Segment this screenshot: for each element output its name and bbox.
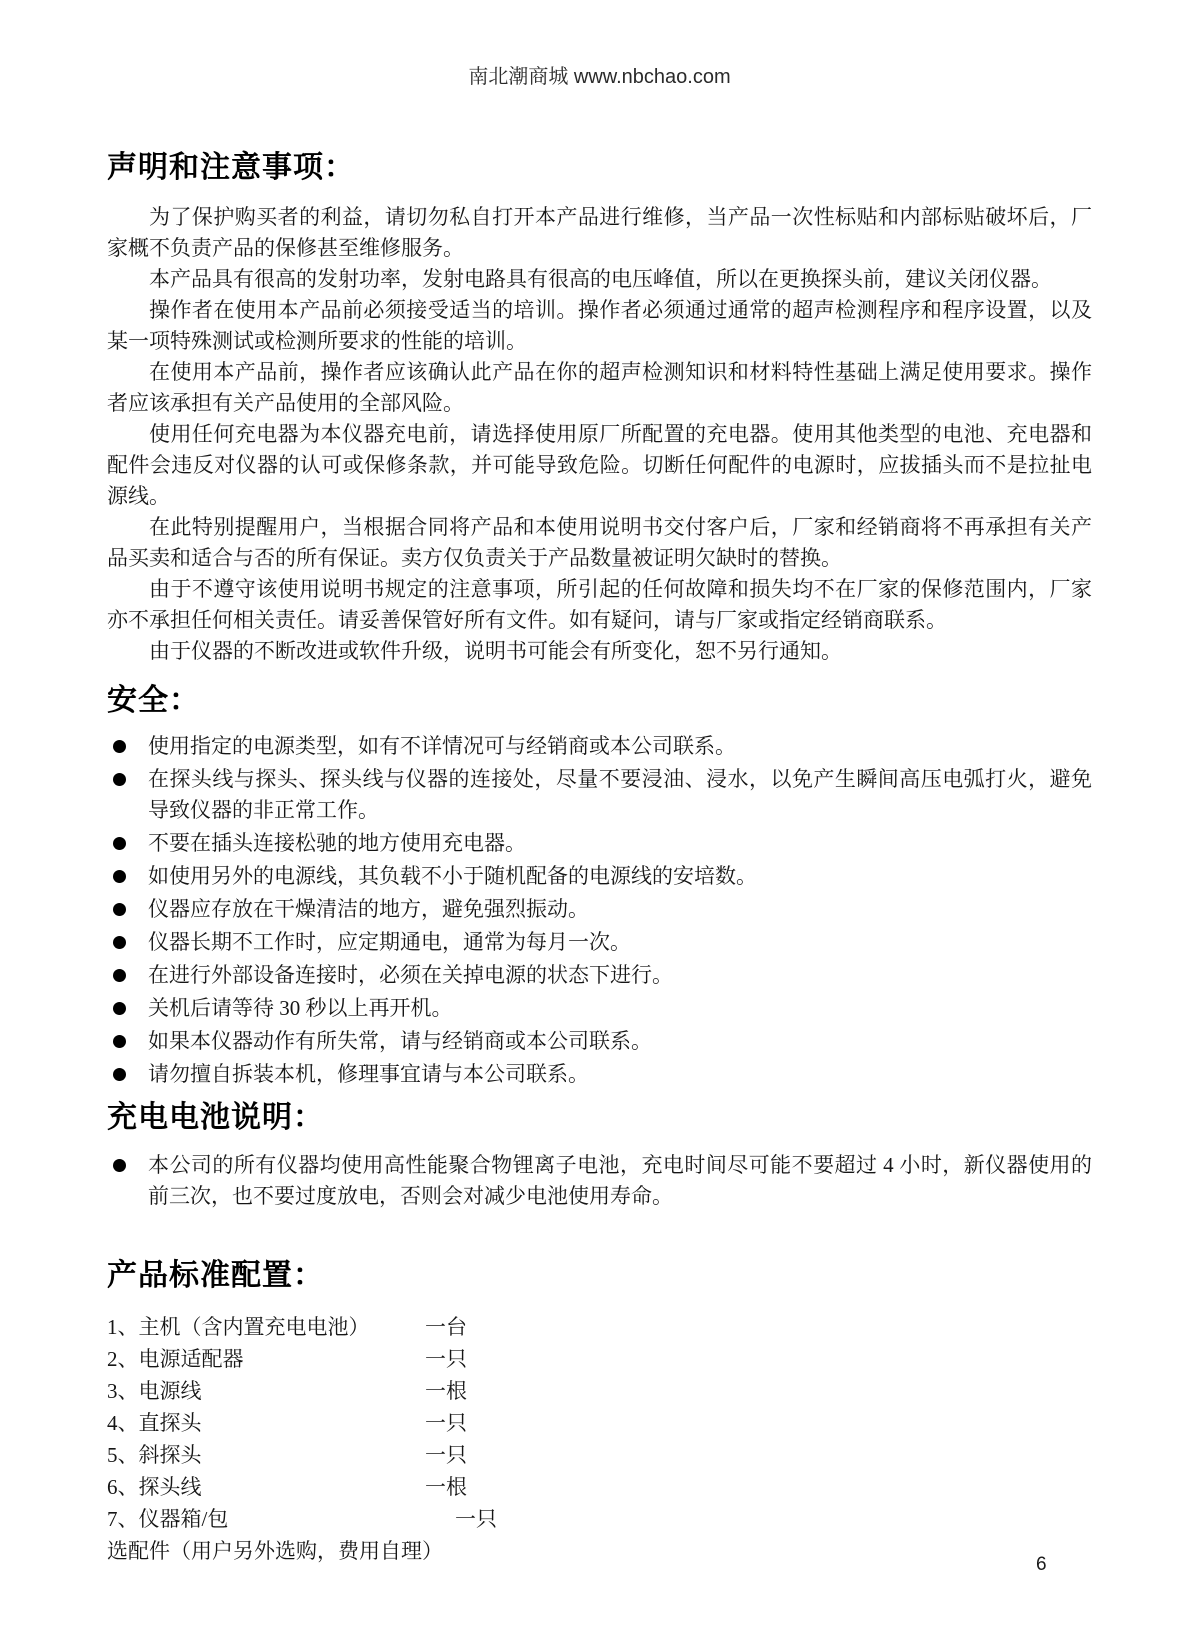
config-title: 产品标准配置：: [107, 1256, 1092, 1296]
bullet-icon: [113, 1068, 126, 1081]
config-item-name: 7、仪器箱/包: [107, 1507, 228, 1531]
safety-item: 在探头线与探头、探头线与仪器的连接处，尽量不要浸油、浸水，以免产生瞬间高压电弧打…: [107, 764, 1092, 826]
bullet-icon: [113, 870, 126, 883]
battery-item-text: 本公司的所有仪器均使用高性能聚合物锂离子电池，充电时间尽可能不要超过 4 小时，…: [148, 1153, 1092, 1208]
config-item-name: 6、探头线: [107, 1475, 202, 1499]
notice-paragraph: 使用任何充电器为本仪器充电前，请选择使用原厂所配置的充电器。使用其他类型的电池、…: [107, 419, 1092, 512]
safety-item-text: 在探头线与探头、探头线与仪器的连接处，尽量不要浸油、浸水，以免产生瞬间高压电弧打…: [148, 767, 1092, 822]
safety-item: 仪器应存放在干燥清洁的地方，避免强烈振动。: [107, 894, 1092, 925]
safety-item-text: 仪器应存放在干燥清洁的地方，避免强烈振动。: [148, 897, 589, 921]
safety-item-text: 如使用另外的电源线，其负载不小于随机配备的电源线的安培数。: [148, 864, 757, 888]
config-item-name: 4、直探头: [107, 1411, 202, 1435]
safety-item-text: 不要在插头连接松驰的地方使用充电器。: [148, 831, 526, 855]
page-number: 6: [1036, 1554, 1047, 1576]
safety-item-text: 在进行外部设备连接时，必须在关掉电源的状态下进行。: [148, 963, 673, 987]
bullet-icon: [113, 837, 126, 850]
safety-item: 请勿擅自拆装本机，修理事宜请与本公司联系。: [107, 1059, 1092, 1090]
config-item-row: 6、探头线 一根: [107, 1472, 1092, 1503]
notice-title: 声明和注意事项：: [107, 148, 1092, 188]
bullet-icon: [113, 1035, 126, 1048]
bullet-icon: [113, 903, 126, 916]
config-item-row: 3、电源线 一根: [107, 1376, 1092, 1407]
safety-item-text: 请勿擅自拆装本机，修理事宜请与本公司联系。: [148, 1062, 589, 1086]
safety-item: 仪器长期不工作时，应定期通电，通常为每月一次。: [107, 927, 1092, 958]
notice-paragraph: 为了保护购买者的利益，请切勿私自打开本产品进行维修，当产品一次性标贴和内部标贴破…: [107, 202, 1092, 264]
notice-paragraph: 操作者在使用本产品前必须接受适当的培训。操作者必须通过通常的超声检测程序和程序设…: [107, 295, 1092, 357]
battery-item: 本公司的所有仪器均使用高性能聚合物锂离子电池，充电时间尽可能不要超过 4 小时，…: [107, 1150, 1092, 1212]
config-item-name: 3、电源线: [107, 1379, 202, 1403]
config-item-row: 5、斜探头 一只: [107, 1440, 1092, 1471]
config-footnote: 选配件（用户另外选购，费用自理）: [107, 1536, 1092, 1567]
notice-paragraph: 在使用本产品前，操作者应该确认此产品在你的超声检测知识和材料特性基础上满足使用要…: [107, 357, 1092, 419]
config-item-row: 7、仪器箱/包 一只: [107, 1504, 1092, 1535]
config-item-name: 2、电源适配器: [107, 1347, 244, 1371]
config-item-qty: 一根: [425, 1376, 467, 1407]
notice-paragraph: 在此特别提醒用户，当根据合同将产品和本使用说明书交付客户后，厂家和经销商将不再承…: [107, 512, 1092, 574]
notice-paragraph: 本产品具有很高的发射功率，发射电路具有很高的电压峰值，所以在更换探头前，建议关闭…: [107, 264, 1092, 295]
battery-list: 本公司的所有仪器均使用高性能聚合物锂离子电池，充电时间尽可能不要超过 4 小时，…: [107, 1150, 1092, 1212]
config-item-row: 4、直探头 一只: [107, 1408, 1092, 1439]
config-item-qty: 一只: [425, 1344, 467, 1375]
safety-item: 关机后请等待 30 秒以上再开机。: [107, 993, 1092, 1024]
bullet-icon: [113, 740, 126, 753]
config-item-name: 1、主机（含内置充电电池）: [107, 1315, 370, 1339]
safety-item-text: 仪器长期不工作时，应定期通电，通常为每月一次。: [148, 930, 631, 954]
safety-list: 使用指定的电源类型，如有不详情况可与经销商或本公司联系。 在探头线与探头、探头线…: [107, 731, 1092, 1090]
safety-title: 安全：: [107, 681, 1092, 721]
config-item-row: 2、电源适配器 一只: [107, 1344, 1092, 1375]
battery-title: 充电电池说明：: [107, 1098, 1092, 1138]
config-item-qty: 一只: [425, 1408, 467, 1439]
safety-item-text: 如果本仪器动作有所失常，请与经销商或本公司联系。: [148, 1029, 652, 1053]
config-item-row: 1、主机（含内置充电电池） 一台: [107, 1312, 1092, 1343]
config-item-qty: 一只: [425, 1440, 467, 1471]
config-item-qty: 一台: [425, 1312, 467, 1343]
bullet-icon: [113, 969, 126, 982]
safety-item: 使用指定的电源类型，如有不详情况可与经销商或本公司联系。: [107, 731, 1092, 762]
bullet-icon: [113, 773, 126, 786]
safety-item: 如使用另外的电源线，其负载不小于随机配备的电源线的安培数。: [107, 861, 1092, 892]
bullet-icon: [113, 936, 126, 949]
config-item-qty: 一只: [455, 1504, 497, 1535]
document-page: 南北潮商城 www.nbchao.com 声明和注意事项： 为了保护购买者的利益…: [0, 0, 1200, 1628]
notice-paragraphs: 为了保护购买者的利益，请切勿私自打开本产品进行维修，当产品一次性标贴和内部标贴破…: [107, 202, 1092, 667]
safety-item: 不要在插头连接松驰的地方使用充电器。: [107, 828, 1092, 859]
notice-paragraph: 由于仪器的不断改进或软件升级，说明书可能会有所变化，恕不另行通知。: [107, 636, 1092, 667]
config-list: 1、主机（含内置充电电池） 一台 2、电源适配器 一只 3、电源线 一根 4、直…: [107, 1312, 1092, 1567]
notice-paragraph: 由于不遵守该使用说明书规定的注意事项，所引起的任何故障和损失均不在厂家的保修范围…: [107, 574, 1092, 636]
bullet-icon: [113, 1002, 126, 1015]
safety-item: 在进行外部设备连接时，必须在关掉电源的状态下进行。: [107, 960, 1092, 991]
config-item-name: 5、斜探头: [107, 1443, 202, 1467]
safety-item: 如果本仪器动作有所失常，请与经销商或本公司联系。: [107, 1026, 1092, 1057]
site-header: 南北潮商城 www.nbchao.com: [107, 64, 1092, 90]
safety-item-text: 关机后请等待 30 秒以上再开机。: [148, 996, 453, 1020]
safety-item-text: 使用指定的电源类型，如有不详情况可与经销商或本公司联系。: [148, 734, 736, 758]
bullet-icon: [113, 1159, 126, 1172]
config-item-qty: 一根: [425, 1472, 467, 1503]
